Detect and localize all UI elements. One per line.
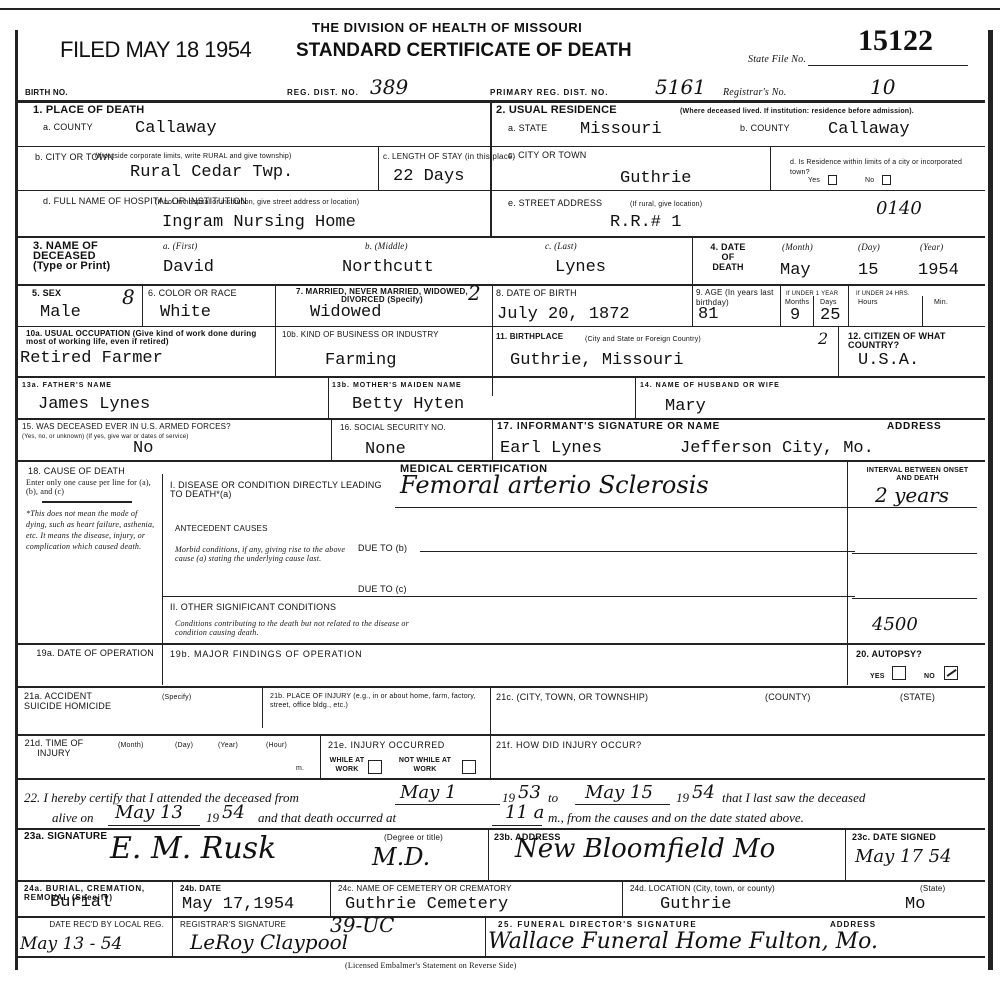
father-name: James Lynes [38, 396, 150, 414]
divider [162, 474, 163, 644]
divider [42, 501, 132, 503]
registrar-no-value: 10 [870, 76, 895, 98]
industry-label: 10b. KIND OF BUSINESS OR INDUSTRY [282, 330, 487, 340]
injury-state-label: (STATE) [900, 692, 935, 702]
divider [18, 236, 985, 238]
due-to-c-label: DUE TO (c) [358, 584, 407, 594]
dod-month-label: (Month) [782, 242, 813, 252]
informant-name: Earl Lynes [500, 440, 602, 458]
injury-year-label: (Year) [218, 741, 238, 751]
middle-name-label: b. (Middle) [365, 241, 408, 251]
divider [575, 804, 670, 805]
embalmer-note: (Licensed Embalmer's Statement on Revers… [345, 961, 516, 971]
top-border [0, 8, 1000, 10]
divider [18, 460, 985, 462]
date-of-death-label: 4. DATE OF DEATH [708, 242, 748, 272]
death-city: Rural Cedar Twp. [130, 164, 293, 182]
to-word: to [548, 790, 558, 806]
disposition: Burial [50, 894, 111, 912]
issuer-title: THE DIVISION OF HEALTH OF MISSOURI [312, 20, 582, 35]
to-year-prefix: 19 [676, 790, 689, 806]
cause-note: *This does not mean the mode of dying, s… [26, 508, 156, 552]
physician-address: New Bloomfield Mo [515, 838, 775, 860]
divider [18, 880, 985, 882]
divider [845, 828, 846, 880]
autopsy-yes-label: YES [870, 672, 885, 682]
last-name: Lynes [555, 259, 606, 277]
certificate-title: STANDARD CERTIFICATE OF DEATH [296, 40, 632, 62]
armed-forces-note: (Yes, no, or unknown) (If yes, give war … [22, 432, 189, 442]
street-label: e. STREET ADDRESS [508, 198, 602, 208]
ssn-label: 16. SOCIAL SECURITY NO. [340, 423, 480, 432]
hours-label: Hours [858, 298, 878, 308]
other-conditions-label: II. OTHER SIGNIFICANT CONDITIONS [170, 602, 336, 612]
injury-hour-label: (Hour) [266, 741, 287, 751]
injury-occurred-label: 21e. INJURY OCCURRED [328, 740, 445, 750]
race: White [160, 304, 211, 322]
divider [172, 916, 173, 956]
other-conditions-note: Conditions contributing to the death but… [175, 619, 435, 637]
divider [838, 326, 839, 376]
marital-status: Widowed [310, 304, 381, 322]
burial-date: May 17,1954 [182, 896, 294, 914]
stay-label: c. LENGTH OF STAY (in this place) [383, 152, 515, 162]
antecedent-label: ANTECEDENT CAUSES [175, 524, 268, 534]
mother-name: Betty Hyten [352, 396, 464, 414]
min-label: Min. [934, 298, 948, 308]
divider [922, 296, 923, 326]
first-name-label: a. (First) [163, 241, 198, 251]
state-file-no: 15122 [858, 24, 933, 58]
divider [18, 284, 985, 286]
limits-label: d. Is Residence within limits of a city … [790, 158, 970, 178]
alive-date: May 13 [115, 802, 183, 824]
divider [18, 100, 985, 103]
physician-signature: E. M. Rusk [110, 838, 276, 860]
interval-label: INTERVAL BETWEEN ONSET AND DEATH [860, 467, 975, 483]
father-label: 13a. FATHER'S NAME [22, 381, 112, 391]
residence-county-label: b. COUNTY [740, 123, 790, 133]
funeral-director-signature: Wallace Funeral Home Fulton, Mo. [488, 931, 878, 953]
birthplace-code: 2 [818, 328, 828, 350]
op-findings-label: 19b. MAJOR FINDINGS OF OPERATION [170, 649, 362, 659]
alive-year: 54 [222, 802, 245, 824]
divider [172, 880, 173, 916]
divider [18, 418, 985, 420]
birthplace: Guthrie, Missouri [510, 352, 683, 370]
residence-state: Missouri [580, 121, 662, 139]
divider [485, 916, 486, 956]
divider [488, 828, 489, 880]
limits-yes-label: Yes [808, 176, 820, 186]
divider [848, 284, 849, 326]
divider [395, 804, 500, 805]
divider [18, 326, 985, 327]
cert-text-2: that I last saw the deceased [722, 790, 865, 806]
injury-m-label: m. [296, 764, 304, 774]
dod-day: 15 [858, 262, 878, 280]
divider [492, 418, 493, 460]
reg-dist-label: REG. DIST. NO. [287, 88, 359, 98]
marital-label: 7. MARRIED, NEVER MARRIED, WIDOWED, DIVO… [282, 288, 482, 304]
hospital-note: (If not in hospital or institution, give… [155, 198, 359, 208]
primary-reg-value: 5161 [655, 76, 706, 98]
op-date-label: 19a. DATE OF OPERATION [24, 648, 154, 658]
autopsy-no-checkbox[interactable] [944, 666, 958, 680]
street-address: R.R.# 1 [610, 214, 681, 232]
registrar-code: 39-UC [330, 914, 394, 936]
street-note: (If rural, give location) [630, 200, 702, 210]
sex: Male [40, 304, 81, 322]
divider [18, 643, 985, 645]
age-months: 9 [790, 307, 800, 325]
divider [420, 551, 855, 552]
divider [490, 190, 985, 191]
spouse-label: 14. NAME OF HUSBAND OR WIFE [640, 381, 780, 391]
mother-label: 13b. MOTHER'S MAIDEN NAME [332, 381, 462, 391]
occupation-label: 10a. USUAL OCCUPATION (Give kind of work… [26, 330, 271, 346]
burial-state-label: (State) [920, 884, 945, 894]
sex-code: 8 [122, 286, 135, 308]
sex-label: 5. SEX [32, 288, 61, 298]
to-year: 54 [692, 782, 715, 804]
divider [142, 284, 143, 326]
burial-state: Mo [905, 896, 925, 914]
dod-day-label: (Day) [858, 242, 880, 252]
injury-county-label: (COUNTY) [765, 692, 811, 702]
divider [378, 146, 379, 190]
divider [635, 376, 636, 418]
accident-label: 21a. ACCIDENT SUICIDE HOMICIDE [24, 691, 119, 711]
divider [847, 462, 848, 644]
divider [18, 146, 490, 147]
divider [813, 296, 814, 326]
hospital-name: Ingram Nursing Home [162, 214, 356, 232]
last-name-label: c. (Last) [545, 241, 577, 251]
divider [692, 236, 693, 284]
code-annotation-4500: 4500 [872, 614, 918, 636]
divider [18, 916, 985, 918]
divider [492, 284, 493, 396]
divider [330, 880, 331, 916]
cert-text-4: m., from the causes and on the date stat… [548, 810, 804, 826]
middle-name: Northcutt [342, 259, 434, 277]
citizenship: U.S.A. [858, 352, 919, 370]
divider [692, 284, 693, 326]
registrar-no-label: Registrar's No. [723, 88, 786, 98]
divider [18, 778, 985, 780]
dod-year-label: (Year) [920, 242, 943, 252]
injury-month-label: (Month) [118, 741, 144, 751]
residence-city-label: c. CITY OR TOWN [508, 150, 548, 160]
divider [162, 643, 163, 685]
dob-label: 8. DATE OF BIRTH [496, 288, 577, 298]
alive-year-prefix: 19 [206, 810, 219, 826]
divider [275, 284, 276, 376]
divider [262, 686, 263, 728]
divider [490, 146, 985, 147]
divider [163, 596, 855, 597]
race-label: 6. COLOR OR RACE [148, 288, 237, 298]
cemetery-name: Guthrie Cemetery [345, 896, 508, 914]
at-work-label: WHILE AT WORK [328, 756, 366, 774]
birthplace-label: 11. BIRTHPLACE [496, 332, 563, 342]
divider [852, 553, 977, 554]
divider [780, 284, 781, 326]
date-signed: May 17 54 [855, 846, 952, 868]
direct-cause-label: I. DISEASE OR CONDITION DIRECTLY LEADING… [170, 481, 390, 499]
divider [18, 190, 490, 191]
registrar-signature-label: REGISTRAR'S SIGNATURE [180, 920, 286, 930]
date-signed-label: 23c. DATE SIGNED [852, 832, 936, 842]
date-received-label: DATE REC'D BY LOCAL REG. [24, 920, 164, 929]
interval-value: 2 years [875, 484, 949, 506]
city-note: (If outside corporate limits, write RURA… [95, 152, 292, 162]
reg-dist-value: 389 [370, 76, 408, 98]
divider [490, 103, 492, 236]
injury-city-label: 21c. (CITY, TOWN, OR TOWNSHIP) [496, 692, 648, 702]
divider [18, 828, 985, 830]
direct-cause-value: Femoral arterio Sclerosis [400, 474, 709, 496]
death-county: Callaway [135, 120, 217, 138]
not-at-work-label: NOT WHILE AT WORK [396, 756, 454, 774]
length-of-stay: 22 Days [393, 168, 464, 186]
divider [18, 956, 985, 958]
divider [808, 65, 968, 66]
limits-no-checkbox[interactable] [882, 175, 891, 185]
registrar-signature: LeRoy Claypool [190, 931, 348, 953]
divider [852, 507, 977, 508]
age-days: 25 [820, 307, 840, 325]
death-time: 11 a [505, 802, 544, 824]
divider [490, 686, 491, 778]
accident-specify-label: (Specify) [162, 693, 191, 703]
divider [320, 734, 321, 778]
autopsy-yes-checkbox[interactable] [892, 666, 906, 680]
degree: M.D. [372, 846, 430, 868]
at-work-checkbox[interactable] [368, 760, 382, 774]
place-of-death-label: 1. PLACE OF DEATH [33, 105, 144, 115]
due-to-b-label: DUE TO (b) [358, 543, 407, 553]
burial-location: Guthrie [660, 896, 731, 914]
divider [331, 418, 332, 460]
first-name: David [163, 259, 214, 277]
not-at-work-checkbox[interactable] [462, 760, 476, 774]
informant-label: 17. INFORMANT'S SIGNATURE OR NAME [497, 422, 720, 432]
state-file-no-label: State File No. [748, 55, 806, 65]
dod-year: 1954 [918, 262, 959, 280]
date-received: May 13 - 54 [20, 933, 122, 955]
divider [18, 376, 985, 378]
limits-yes-checkbox[interactable] [828, 175, 837, 185]
burial-date-label: 24b. DATE [180, 884, 221, 894]
attended-from-date: May 1 [400, 782, 457, 804]
informant-address-label: ADDRESS [887, 422, 942, 432]
divider [328, 376, 329, 418]
cemetery-label: 24c. NAME OF CEMETERY OR CREMATORY [338, 884, 512, 894]
divider [18, 686, 985, 688]
county-label: a. COUNTY [43, 122, 93, 132]
date-of-birth: July 20, 1872 [497, 306, 630, 324]
filed-stamp: FILED MAY 18 1954 [60, 37, 251, 63]
autopsy-no-label: NO [924, 672, 935, 682]
residence-county: Callaway [828, 121, 910, 139]
autopsy-label: 20. AUTOPSY? [856, 649, 922, 659]
industry: Farming [325, 352, 396, 370]
spouse-name: Mary [665, 398, 706, 416]
informant-address: Jefferson City, Mo. [680, 440, 874, 458]
morbid-note: Morbid conditions, if any, giving rise t… [175, 545, 355, 563]
armed-forces-label: 15. WAS DECEASED EVER IN U.S. ARMED FORC… [22, 422, 231, 432]
divider [18, 734, 985, 736]
armed-forces: No [133, 440, 153, 458]
divider [622, 880, 623, 916]
state-label: a. STATE [508, 123, 547, 133]
how-injury-label: 21f. HOW DID INJURY OCCUR? [496, 740, 642, 750]
divider [770, 146, 771, 190]
injury-day-label: (Day) [175, 741, 193, 751]
usual-residence-note: (Where deceased lived. If institution: r… [680, 107, 914, 117]
code-annotation: 0140 [876, 198, 922, 220]
from-year: 53 [518, 782, 541, 804]
citizen-label: 12. CITIZEN OF WHAT COUNTRY? [848, 332, 978, 350]
residence-city: Guthrie [620, 170, 691, 188]
marital-code: 2 [468, 282, 481, 304]
primary-reg-label: PRIMARY REG. DIST. NO. [490, 88, 608, 98]
burial-location-label: 24d. LOCATION (City, town, or county) [630, 884, 775, 894]
degree-label: (Degree or title) [384, 833, 443, 843]
divider [108, 825, 200, 826]
signature-label: 23a. SIGNATURE [24, 832, 107, 842]
divider [847, 643, 848, 685]
divider [852, 598, 977, 599]
dod-month: May [780, 262, 811, 280]
attended-to-date: May 15 [585, 782, 653, 804]
birth-no-label: BIRTH NO. [25, 88, 68, 98]
birthplace-note: (City and State or Foreign Country) [585, 335, 701, 345]
usual-residence-label: 2. USUAL RESIDENCE [496, 105, 617, 115]
time-of-injury-label: 21d. TIME OF INJURY [24, 738, 84, 758]
social-security: None [365, 441, 406, 459]
name-of-deceased-label: 3. NAME OF DECEASED (Type or Print) [33, 241, 123, 271]
age: 81 [698, 306, 718, 324]
occupation: Retired Farmer [20, 350, 163, 368]
alive-on-label: alive on [52, 810, 94, 826]
check-mark-icon [947, 669, 957, 677]
place-of-injury-label: 21b. PLACE OF INJURY (e.g., in or about … [270, 692, 485, 710]
cause-instruction: Enter only one cause per line for (a), (… [26, 478, 156, 496]
divider [395, 507, 855, 508]
cause-of-death-label: 18. CAUSE OF DEATH [28, 466, 125, 476]
cert-text-3: and that death occurred at [258, 810, 396, 826]
limits-no-label: No [865, 176, 874, 186]
divider [492, 825, 542, 826]
